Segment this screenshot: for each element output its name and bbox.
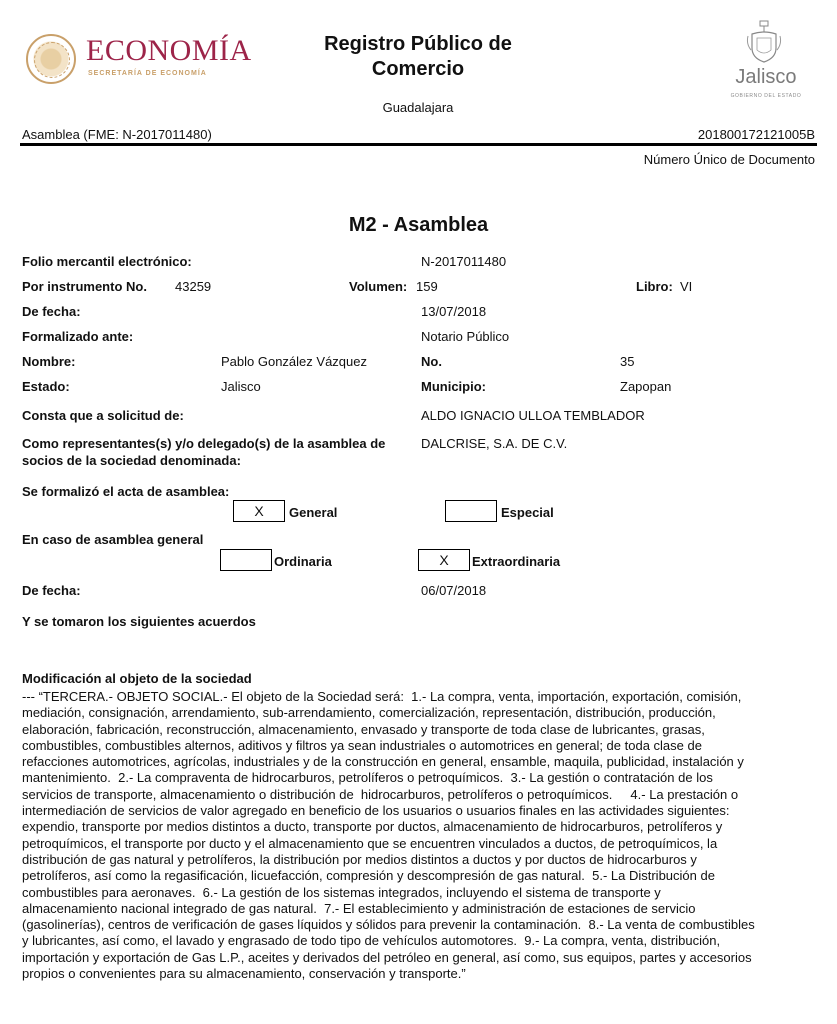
acuerdo-line: propios o convenientes para su almacenam… — [22, 966, 822, 982]
acuerdo-line: importación y exportación de Gas L.P., a… — [22, 950, 822, 966]
acuerdo-line: y lubricantes, así como, el lavado y eng… — [22, 933, 822, 949]
economia-logo-subtitle: SECRETARÍA DE ECONOMÍA — [88, 70, 207, 77]
caso-general-label: En caso de asamblea general — [22, 532, 203, 547]
ordinaria-label: Ordinaria — [274, 554, 332, 569]
jalisco-logo: Jalisco GOBIERNO DEL ESTADO — [724, 20, 808, 100]
acuerdo-line: refacciones automotrices, agrícolas, ind… — [22, 754, 822, 770]
jalisco-logo-title: Jalisco — [724, 66, 808, 89]
formalizado-label: Formalizado ante: — [22, 329, 133, 344]
especial-checkbox[interactable] — [445, 500, 497, 522]
acuerdos-label: Y se tomaron los siguientes acuerdos — [22, 614, 256, 629]
folio-label: Folio mercantil electrónico: — [22, 254, 192, 269]
economia-logo: ECONOMÍA SECRETARÍA DE ECONOMÍA — [26, 32, 276, 88]
acuerdo-line: servicios de transporte, almacenamiento … — [22, 787, 822, 803]
acuerdo-line: mantenimiento. 2.- La compraventa de hid… — [22, 770, 822, 786]
representantes-value: DALCRISE, S.A. DE C.V. — [421, 436, 567, 451]
libro-label: Libro: — [636, 279, 673, 294]
form-title: M2 - Asamblea — [0, 214, 837, 237]
fecha-asamblea-value: 06/07/2018 — [421, 583, 486, 598]
ordinaria-checkbox[interactable] — [220, 549, 272, 571]
acuerdo-heading: Modificación al objeto de la sociedad — [22, 671, 252, 686]
libro-value: VI — [680, 279, 692, 294]
registry-city: Guadalajara — [280, 100, 556, 115]
acuerdo-line: expendio, transporte por medios distinto… — [22, 819, 822, 835]
general-label: General — [289, 505, 337, 520]
solicitud-value: ALDO IGNACIO ULLOA TEMBLADOR — [421, 408, 645, 423]
acuerdo-line: (gasolinerías), centros de verificación … — [22, 917, 822, 933]
representantes-label-line2: socios de la sociedad denominada: — [22, 453, 241, 468]
fecha-asamblea-label: De fecha: — [22, 583, 81, 598]
acuerdo-line: intermediación de servicios de valor agr… — [22, 803, 822, 819]
registry-title: Registro Público de Comercio — [280, 32, 556, 82]
extraordinaria-checkbox[interactable]: X — [418, 549, 470, 571]
acuerdo-line: petrolíferos, así como la regasificación… — [22, 868, 822, 884]
solicitud-label: Consta que a solicitud de: — [22, 408, 184, 423]
acuerdo-body: --- “TERCERA.- OBJETO SOCIAL.- El objeto… — [22, 689, 822, 982]
instrumento-value: 43259 — [175, 279, 211, 294]
especial-label: Especial — [501, 505, 554, 520]
notario-no-value: 35 — [620, 354, 634, 369]
acuerdo-line: petroquímicos, el transporte por ducto y… — [22, 836, 822, 852]
extraordinaria-label: Extraordinaria — [472, 554, 560, 569]
volumen-value: 159 — [416, 279, 438, 294]
acta-label: Se formalizó el acta de asamblea: — [22, 484, 229, 499]
document-number-caption: Número Único de Documento — [644, 152, 815, 167]
nombre-value: Pablo González Vázquez — [221, 354, 367, 369]
acuerdo-line: --- “TERCERA.- OBJETO SOCIAL.- El objeto… — [22, 689, 822, 705]
document-number: 201800172121005B — [698, 127, 815, 142]
notario-no-label: No. — [421, 354, 442, 369]
jalisco-logo-subtitle: GOBIERNO DEL ESTADO — [724, 93, 808, 99]
acuerdo-line: mediación, consignación, arrendamiento, … — [22, 705, 822, 721]
fecha-label: De fecha: — [22, 304, 81, 319]
jalisco-crest-icon — [746, 20, 782, 64]
folio-value: N-2017011480 — [421, 254, 506, 269]
formalizado-value: Notario Público — [421, 329, 509, 344]
fecha-value: 13/07/2018 — [421, 304, 486, 319]
acuerdo-line: combustibles para aeronaves. 6.- La gest… — [22, 885, 822, 901]
representantes-label-line1: Como representantes(s) y/o delegado(s) d… — [22, 436, 385, 451]
economia-logo-title: ECONOMÍA — [86, 34, 252, 68]
estado-label: Estado: — [22, 379, 70, 394]
acuerdo-line: combustibles, combustibles alternos, adi… — [22, 738, 822, 754]
municipio-value: Zapopan — [620, 379, 671, 394]
volumen-label: Volumen: — [349, 279, 407, 294]
header-divider — [20, 143, 817, 146]
acuerdo-line: distribución de gas natural y petrolífer… — [22, 852, 822, 868]
document-reference: Asamblea (FME: N-2017011480) — [22, 127, 212, 142]
general-checkbox[interactable]: X — [233, 500, 285, 522]
nombre-label: Nombre: — [22, 354, 75, 369]
instrumento-label: Por instrumento No. — [22, 279, 147, 294]
mexico-seal-icon — [26, 34, 76, 84]
estado-value: Jalisco — [221, 379, 261, 394]
municipio-label: Municipio: — [421, 379, 486, 394]
acuerdo-line: almacenamiento nacional integrado de gas… — [22, 901, 822, 917]
acuerdo-line: elaboración, fabricación, reconstrucción… — [22, 722, 822, 738]
